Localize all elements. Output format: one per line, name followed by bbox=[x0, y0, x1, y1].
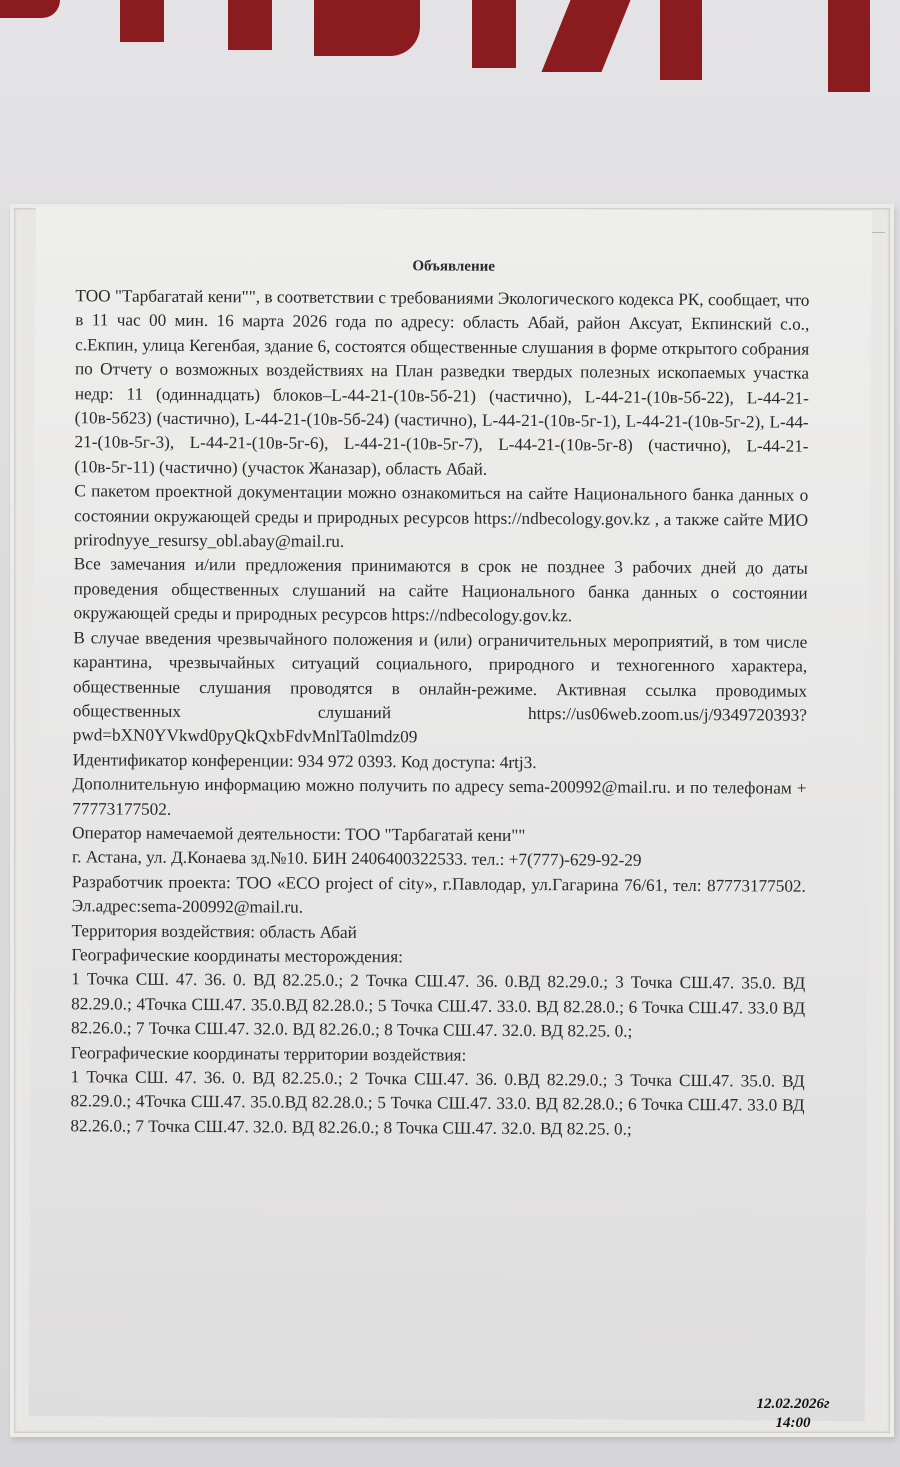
red-signage-banner bbox=[0, 0, 900, 60]
photo-timestamp: 12.02.2026г 14:00 bbox=[738, 1395, 848, 1433]
paragraph-hearing-notice: ТОО "Тарбагатай кени"", в соответствии с… bbox=[74, 284, 809, 484]
document-title: Объявление bbox=[36, 256, 872, 278]
timestamp-time: 14:00 bbox=[738, 1414, 848, 1433]
timestamp-date: 12.02.2026г bbox=[738, 1395, 848, 1414]
paragraph-developer: Разработчик проекта: ТОО «ECO project of… bbox=[72, 870, 806, 923]
document-body: ТОО "Тарбагатай кени"", в соответствии с… bbox=[70, 284, 809, 1143]
paragraph-deposit-coordinates: 1 Точка СШ. 47. 36. 0. ВД 82.25.0.; 2 То… bbox=[71, 968, 805, 1046]
announcement-sheet: Объявление ТОО "Тарбагатай кени"", в соо… bbox=[29, 206, 872, 1421]
paragraph-contact-info: Дополнительную информацию можно получить… bbox=[72, 772, 806, 825]
paragraph-documentation: С пакетом проектной документации можно о… bbox=[74, 479, 808, 557]
paragraph-comments: Все замечания и/или предложения принимаю… bbox=[73, 553, 807, 631]
paragraph-impact-coordinates: 1 Точка СШ. 47. 36. 0. ВД 82.25.0.; 2 То… bbox=[70, 1065, 804, 1143]
paragraph-online-mode: В случае введения чрезвычайного положени… bbox=[73, 626, 808, 753]
